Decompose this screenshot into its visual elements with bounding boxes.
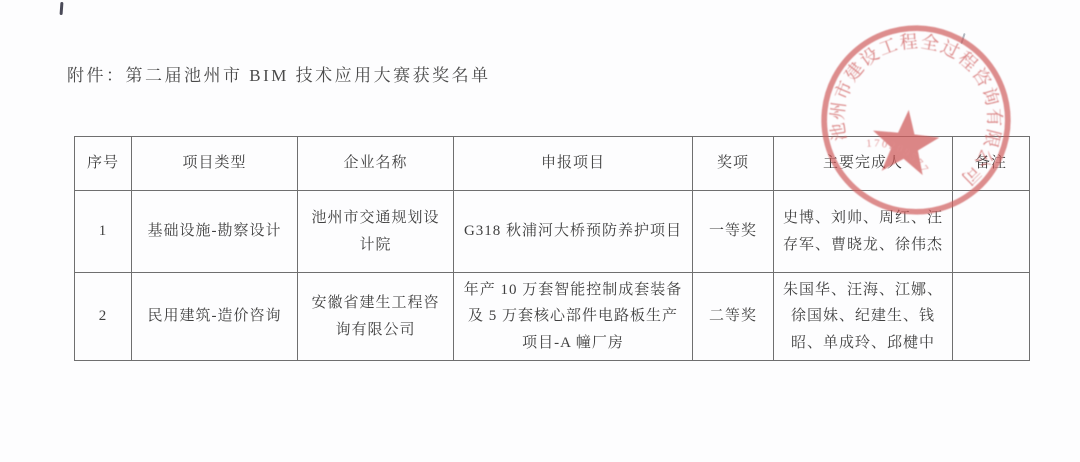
header-cell-company: 企业名称 bbox=[298, 137, 454, 191]
scanned-document-page: 附件：第二届池州市 BIM 技术应用大赛获奖名单 序号 项目类型 企业名称 申报… bbox=[0, 0, 1080, 462]
cell-contributors: 史博、刘帅、周红、汪存军、曹晓龙、徐伟杰 bbox=[774, 191, 953, 273]
cell-seq: 2 bbox=[75, 273, 132, 361]
table-row: 2 民用建筑-造价咨询 安徽省建生工程咨询有限公司 年产 10 万套智能控制成套… bbox=[75, 273, 1030, 361]
header-cell-award: 奖项 bbox=[693, 137, 774, 191]
scan-artifact-mark bbox=[60, 2, 64, 15]
cell-award: 二等奖 bbox=[693, 273, 774, 361]
cell-seq: 1 bbox=[75, 191, 132, 273]
award-table: 序号 项目类型 企业名称 申报项目 奖项 主要完成人 备注 1 基础设施-勘察设… bbox=[74, 136, 1030, 361]
header-cell-remark: 备注 bbox=[953, 137, 1030, 191]
cell-type: 基础设施-勘察设计 bbox=[132, 191, 298, 273]
header-cell-seq: 序号 bbox=[75, 137, 132, 191]
cell-company: 安徽省建生工程咨询有限公司 bbox=[298, 273, 454, 361]
header-cell-contributors: 主要完成人 bbox=[774, 137, 953, 191]
table-header-row: 序号 项目类型 企业名称 申报项目 奖项 主要完成人 备注 bbox=[75, 137, 1030, 191]
document-title: 附件：第二届池州市 BIM 技术应用大赛获奖名单 bbox=[67, 61, 491, 86]
cell-contributors: 朱国华、汪海、江娜、徐国妹、纪建生、钱昭、单成玲、邱楗中 bbox=[774, 273, 953, 361]
cell-remark bbox=[953, 273, 1030, 361]
cell-remark bbox=[953, 191, 1030, 273]
cell-award: 一等奖 bbox=[693, 191, 774, 273]
header-cell-project: 申报项目 bbox=[454, 137, 693, 191]
cell-type: 民用建筑-造价咨询 bbox=[132, 273, 298, 361]
cell-project: 年产 10 万套智能控制成套装备及 5 万套核心部件电路板生产项目-A 幢厂房 bbox=[454, 273, 693, 361]
cell-company: 池州市交通规划设计院 bbox=[298, 191, 454, 273]
header-cell-type: 项目类型 bbox=[132, 137, 298, 191]
cell-project: G318 秋浦河大桥预防养护项目 bbox=[454, 191, 693, 273]
scan-artifact-mark bbox=[960, 33, 965, 44]
table-row: 1 基础设施-勘察设计 池州市交通规划设计院 G318 秋浦河大桥预防养护项目 … bbox=[75, 191, 1030, 273]
